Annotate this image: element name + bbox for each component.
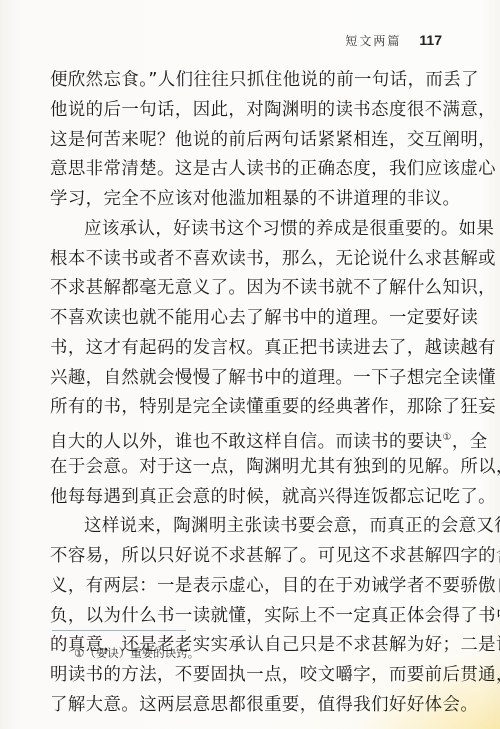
line-text: 不容易，所以只好说不求甚解了。可见这不求甚解四字的含: [50, 546, 500, 566]
footnote-divider: [52, 630, 186, 631]
text-line: 负，以为什么书一读就懂，实际上不一定真正体会得了书中: [50, 602, 460, 632]
line-text: 不喜欢读也就不能用心去了解书中的道理。一定要好读: [50, 308, 478, 328]
text-line: 在于会意。对于这一点，陶渊明尤其有独到的见解。所以，: [50, 453, 460, 483]
body-text: 便欣然忘食。”人们往往只抓住他说的前一句话，而丢了 他说的后一句话，因此，对陶渊…: [50, 66, 460, 721]
text-line: 不容易，所以只好说不求甚解了。可见这不求甚解四字的含: [50, 542, 460, 572]
line-text: 了解大意。这两层意思都很重要，值得我们好好体会。: [50, 695, 478, 715]
section-title: 短文两篇: [345, 32, 401, 49]
line-text: 义，有两层：一是表示虚心，目的在于劝诫学者不要骄傲自: [50, 576, 500, 596]
line-text: 他每每遇到真正会意的时候，就高兴得连饭都忘记吃了。: [50, 487, 496, 507]
line-text: 学习，完全不应该对他滥加粗暴的不讲道理的非议。: [50, 189, 460, 209]
line-text: 意思非常清楚。这是古人读书的正确态度，我们应该虚心: [50, 159, 496, 179]
text-line: 书，这才有起码的发言权。真正把书读进去了，越读越有: [50, 334, 460, 364]
text-line: 义，有两层：一是表示虚心，目的在于劝诫学者不要骄傲自: [50, 572, 460, 602]
text-line: 根本不读书或者不喜欢读书，那么，无论说什么求甚解或: [50, 245, 460, 275]
page-number: 117: [419, 32, 442, 48]
text-line: 不喜欢读也就不能用心去了解书中的道理。一定要好读: [50, 304, 460, 334]
text-line: 这是何苦来呢？他说的前后两句话紧紧相连，交互阐明，: [50, 126, 460, 156]
text-line: 意思非常清楚。这是古人读书的正确态度，我们应该虚心: [50, 155, 460, 185]
line-text: 他说的后一句话，因此，对陶渊明的读书态度很不满意，: [50, 100, 496, 120]
line-text: 应该承认，好读书这个习惯的养成是很重要的。如果: [84, 219, 494, 239]
line-text: 便欣然忘食。”人们往往只抓住他说的前一句话，而丢了: [50, 70, 479, 90]
line-text: 根本不读书或者不喜欢读书，那么，无论说什么求甚解或: [50, 249, 496, 269]
line-text: 自大的人以外，谁也不敢这样自信。而读书的要诀: [50, 432, 443, 452]
text-line: 学习，完全不应该对他滥加粗暴的不讲道理的非议。: [50, 185, 460, 215]
text-line: 不求甚解都毫无意义了。因为不读书就不了解什么知识，: [50, 274, 460, 304]
text-line: 明读书的方法，不要固执一点，咬文嚼字，而要前后贯通，: [50, 661, 460, 691]
page-header: 短文两篇 117: [345, 32, 442, 49]
line-text: 在于会意。对于这一点，陶渊明尤其有独到的见解。所以，: [50, 457, 500, 477]
line-text: 不求甚解都毫无意义了。因为不读书就不了解什么知识，: [50, 278, 496, 298]
line-text: 兴趣，自然就会慢慢了解书中的道理。一下子想完全读懂: [50, 368, 496, 388]
line-text: 负，以为什么书一读就懂，实际上不一定真正体会得了书中: [50, 606, 500, 626]
line-text: 书，这才有起码的发言权。真正把书读进去了，越读越有: [50, 338, 496, 358]
text-line: 他说的后一句话，因此，对陶渊明的读书态度很不满意，: [50, 96, 460, 126]
text-line: 他每每遇到真正会意的时候，就高兴得连饭都忘记吃了。: [50, 483, 460, 513]
line-text: 明读书的方法，不要固执一点，咬文嚼字，而要前后贯通，: [50, 665, 500, 685]
line-text: 这是何苦来呢？他说的前后两句话紧紧相连，交互阐明，: [50, 130, 496, 150]
text-line: 便欣然忘食。”人们往往只抓住他说的前一句话，而丢了: [50, 66, 460, 96]
text-line: 自大的人以外，谁也不敢这样自信。而读书的要诀①，全: [50, 423, 460, 453]
text-line: 所有的书，特别是完全读懂重要的经典著作，那除了狂妄: [50, 393, 460, 423]
footnote-mark[interactable]: ①: [443, 432, 452, 443]
footnote: ①（要诀）重要的诀窍。: [74, 645, 199, 661]
text-line: 了解大意。这两层意思都很重要，值得我们好好体会。: [50, 691, 460, 721]
paragraph-start-line: 应该承认，好读书这个习惯的养成是很重要的。如果: [50, 215, 460, 245]
line-text: 这样说来，陶渊明主张读书要会意，而真正的会意又很: [84, 516, 500, 536]
paragraph-start-line: 这样说来，陶渊明主张读书要会意，而真正的会意又很: [50, 512, 460, 542]
text-line: 兴趣，自然就会慢慢了解书中的道理。一下子想完全读懂: [50, 364, 460, 394]
line-text: 所有的书，特别是完全读懂重要的经典著作，那除了狂妄: [50, 397, 496, 417]
line-text-after: ，全: [452, 432, 488, 452]
